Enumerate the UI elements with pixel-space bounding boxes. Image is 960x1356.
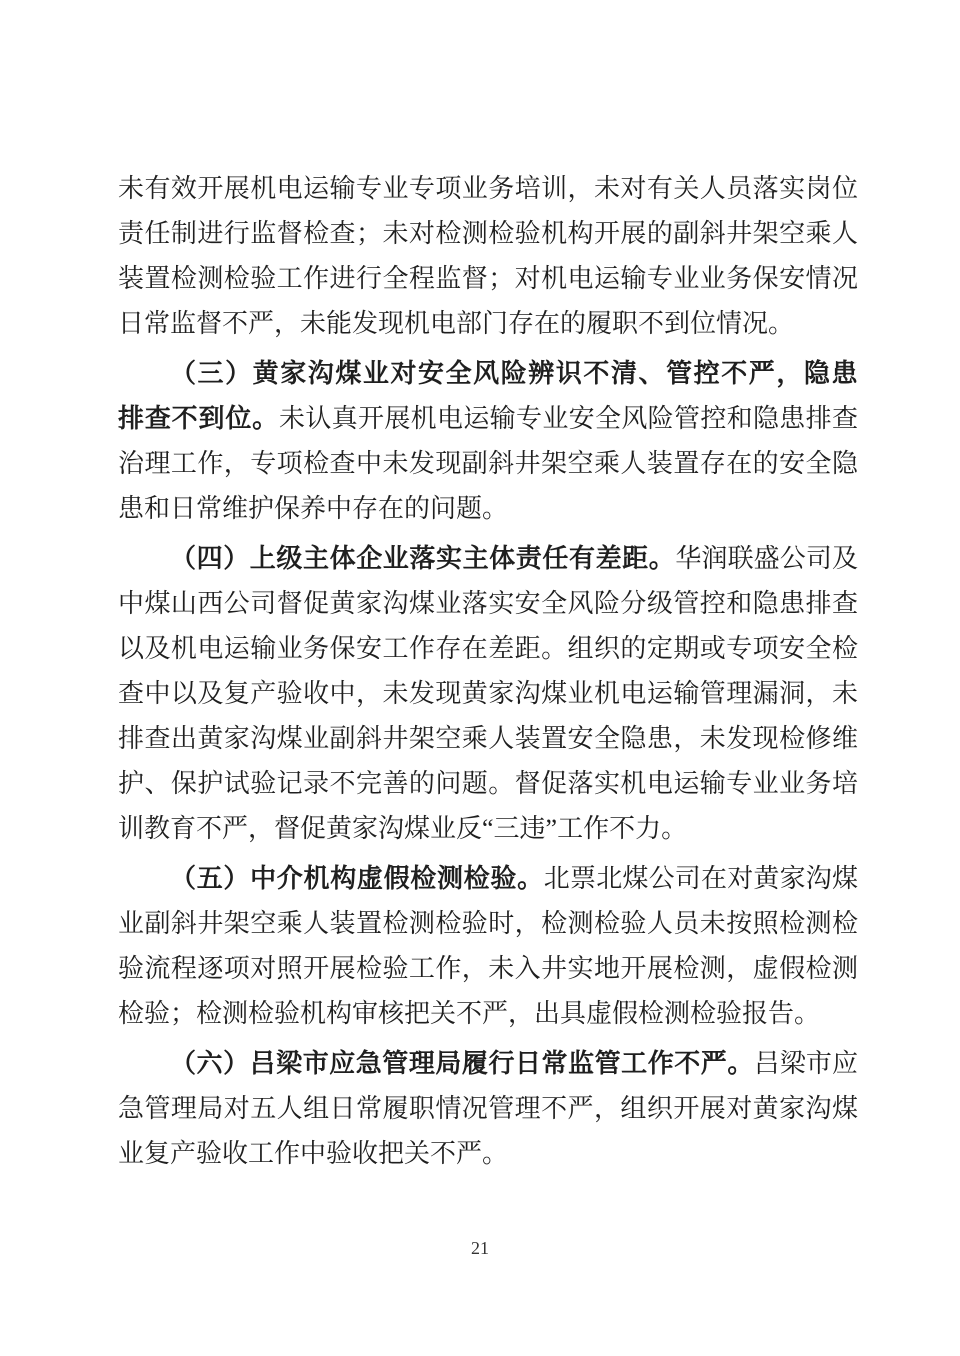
paragraph-section-4: （四）上级主体企业落实主体责任有差距。华润联盛公司及中煤山西公司督促黄家沟煤业落… [118,536,858,851]
paragraph-section-6: （六）吕梁市应急管理局履行日常监管工作不严。吕梁市应急管理局对五人组日常履职情况… [118,1041,858,1176]
page-footer: 21 [0,1238,960,1259]
paragraph-section-5: （五）中介机构虚假检测检验。北票北煤公司在对黄家沟煤业副斜井架空乘人装置检测检验… [118,856,858,1036]
page-number: 21 [471,1238,489,1258]
paragraph-continuation: 未有效开展机电运输专业专项业务培训，未对有关人员落实岗位责任制进行监督检查；未对… [118,166,858,346]
document-page: 未有效开展机电运输专业专项业务培训，未对有关人员落实岗位责任制进行监督检查；未对… [0,0,960,1356]
section-6-heading: （六）吕梁市应急管理局履行日常监管工作不严。 [170,1048,754,1078]
paragraph-text: 未有效开展机电运输专业专项业务培训，未对有关人员落实岗位责任制进行监督检查；未对… [118,174,858,338]
section-4-heading: （四）上级主体企业落实主体责任有差距。 [170,543,675,573]
paragraph-text: 华润联盛公司及中煤山西公司督促黄家沟煤业落实安全风险分级管控和隐患排查以及机电运… [118,544,858,843]
section-5-heading: （五）中介机构虚假检测检验。 [170,863,544,893]
paragraph-section-3: （三）黄家沟煤业对安全风险辨识不清、管控不严，隐患排查不到位。未认真开展机电运输… [118,351,858,531]
document-body: 未有效开展机电运输专业专项业务培训，未对有关人员落实岗位责任制进行监督检查；未对… [118,166,858,1181]
